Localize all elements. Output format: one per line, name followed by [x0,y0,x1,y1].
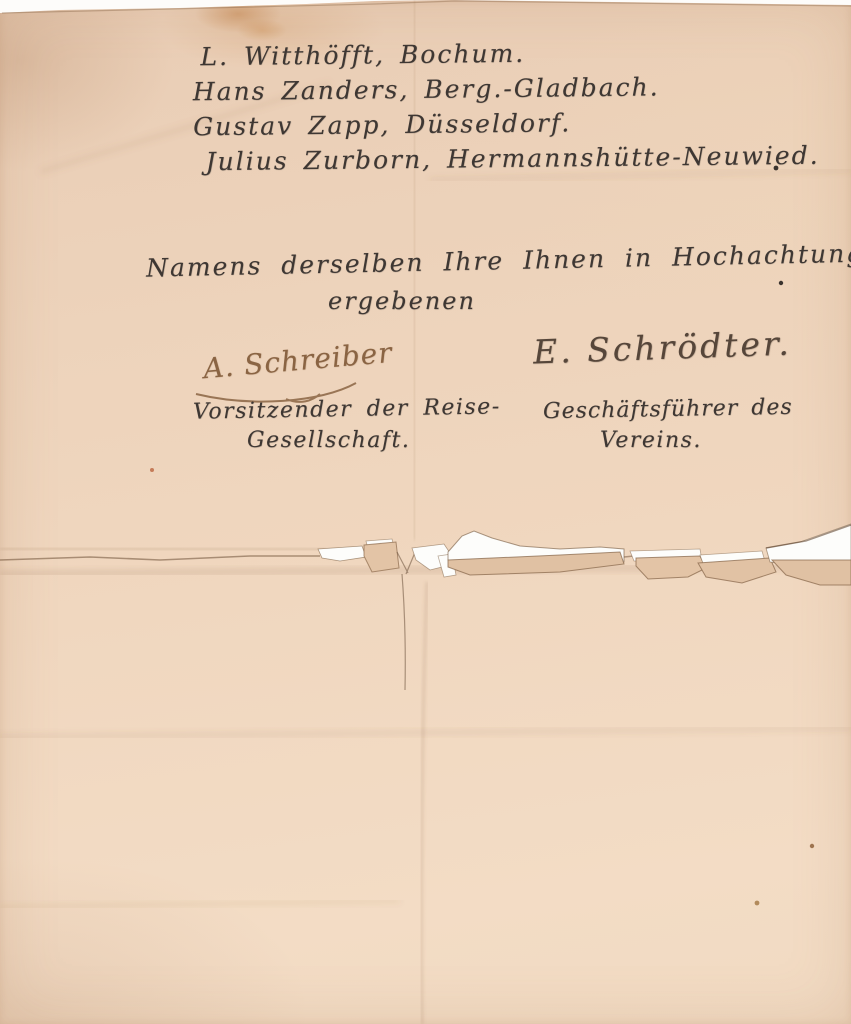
signature-right-role-line1: Geschäftsführer des [543,395,793,424]
recipient-name-4: Julius Zurborn, Hermannshütte-Neuwied. [205,138,819,179]
signature-right-role-line2: Vereins. [600,428,702,453]
scanned-letter-page: L. Witthöfft, Bochum. Hans Zanders, Berg… [0,0,851,1024]
signature-left-role-line2: Gesellschaft. [247,428,410,453]
recipient-names-block: L. Witthöfft, Bochum. Hans Zanders, Berg… [192,33,819,180]
closing-formula-word: ergebenen [328,287,476,315]
